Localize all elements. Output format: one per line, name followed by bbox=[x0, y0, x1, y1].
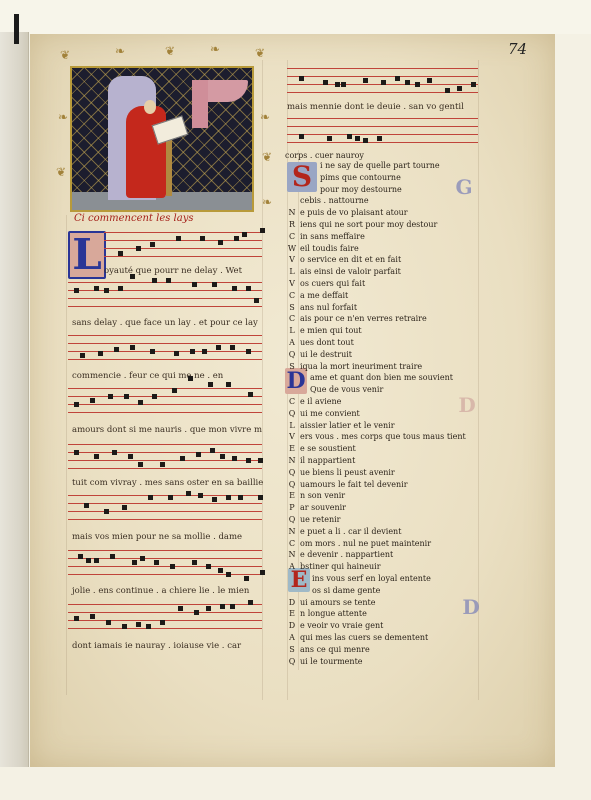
verse-line: ue retenir bbox=[300, 515, 340, 524]
verse-line: ans nul forfait bbox=[300, 303, 357, 312]
verse-line: ame et quant don bien me souvient bbox=[310, 373, 453, 382]
vine-ornament-icon: ❦ bbox=[262, 150, 272, 164]
show-through-initial: D bbox=[462, 596, 480, 618]
verse-line: ui me convient bbox=[300, 409, 360, 418]
verse-line: ue biens li peust avenir bbox=[300, 468, 395, 477]
vine-ornament-icon: ❧ bbox=[58, 110, 68, 124]
verse-line: n longue attente bbox=[300, 609, 367, 618]
music-staff bbox=[68, 335, 262, 367]
verse-line: e puis de vo plaisant atour bbox=[300, 208, 408, 217]
facing-page-edge bbox=[0, 32, 29, 767]
verse-line: ais pour ce n'en verres retraire bbox=[300, 314, 427, 323]
music-staff bbox=[287, 68, 478, 100]
music-staff bbox=[68, 444, 262, 476]
verse-capital: C bbox=[287, 314, 297, 323]
verse-capital: A bbox=[287, 562, 297, 571]
verse-line: pour moy destourne bbox=[320, 185, 402, 194]
verse-line: il nappartient bbox=[300, 456, 355, 465]
verse-line: os si dame gente bbox=[312, 586, 380, 595]
verse-line: e devenir . nappartient bbox=[300, 550, 393, 559]
lyric-line: jolie . ens continue . a chiere lie . le… bbox=[72, 586, 249, 596]
verse-line: ui amours se tente bbox=[300, 598, 375, 607]
verse-line: pims que contourne bbox=[320, 173, 401, 182]
verse-line: os cuers qui fait bbox=[300, 279, 365, 288]
verse-capital: S bbox=[287, 645, 297, 654]
lyric-line: tuit com vivray . mes sans oster en sa b… bbox=[72, 478, 263, 488]
vine-ornament-icon: ❧ bbox=[262, 195, 272, 209]
music-staff bbox=[68, 388, 262, 420]
verse-line: a me deffait bbox=[300, 291, 348, 300]
verse-capital: A bbox=[287, 633, 297, 642]
vine-ornament-icon: ❧ bbox=[115, 44, 125, 58]
verse-capital: C bbox=[287, 397, 297, 406]
verse-capital: C bbox=[287, 539, 297, 548]
verse-capital: L bbox=[287, 326, 297, 335]
verse-line: e veoir vo vraie gent bbox=[300, 621, 383, 630]
verse-capital: V bbox=[287, 432, 297, 441]
verse-capital: W bbox=[287, 244, 297, 253]
decorated-initial-E: E bbox=[288, 568, 310, 592]
verse-capital: D bbox=[287, 598, 297, 607]
verse-line: corps . cuer nauroy bbox=[285, 151, 364, 160]
lyric-line: amours dont si me nauris . que mon vivre… bbox=[72, 425, 262, 435]
music-staff bbox=[287, 118, 478, 150]
miniature-curtain-fold bbox=[192, 80, 208, 128]
verse-capital: L bbox=[287, 267, 297, 276]
verse-capital: N bbox=[287, 208, 297, 217]
illuminated-miniature bbox=[70, 66, 254, 212]
ruling-line bbox=[66, 215, 67, 695]
verse-capital: C bbox=[287, 232, 297, 241]
verse-line: bstiner qui haineuir bbox=[300, 562, 381, 571]
verse-line: aissier latier et le venir bbox=[300, 421, 395, 430]
verse-line: ui le tourmente bbox=[300, 657, 363, 666]
vine-ornament-icon: ❦ bbox=[255, 46, 265, 60]
verse-capital: A bbox=[287, 338, 297, 347]
verse-capital: N bbox=[287, 550, 297, 559]
show-through-initial: D bbox=[458, 394, 476, 416]
verse-capital: N bbox=[287, 456, 297, 465]
verse-line: uamours le fait tel devenir bbox=[300, 480, 408, 489]
music-staff bbox=[68, 604, 262, 636]
verse-line: e mien qui tout bbox=[300, 326, 362, 335]
verse-line: e puet a li . car il devient bbox=[300, 527, 401, 536]
verse-capital: C bbox=[287, 291, 297, 300]
vine-ornament-icon: ❦ bbox=[60, 48, 70, 62]
lyric-line: dont iamais ie nauray . ioiause vie . ca… bbox=[72, 641, 241, 651]
verse-capital: P bbox=[287, 503, 297, 512]
lyric-line: oyauté que pourr ne delay . Wet bbox=[104, 266, 242, 276]
verse-line: ins vous serf en loyal entente bbox=[312, 574, 431, 583]
lyric-line: commencie . feur ce qui me ne . en bbox=[72, 371, 223, 381]
verse-capital: R bbox=[287, 220, 297, 229]
verse-line: o service en dit et en fait bbox=[300, 255, 401, 264]
verse-capital: E bbox=[287, 609, 297, 618]
music-staff bbox=[68, 282, 262, 314]
decorated-initial-L: L bbox=[68, 231, 106, 279]
decorated-initial-D: D bbox=[285, 368, 307, 394]
verse-line: cebis . nattourne bbox=[300, 196, 369, 205]
verse-line: iqua la mort ineuriment traire bbox=[300, 362, 422, 371]
verse-capital: Q bbox=[287, 350, 297, 359]
miniature-figure bbox=[126, 106, 166, 198]
vine-ornament-icon: ❧ bbox=[260, 110, 270, 124]
verse-line: ans ce qui menre bbox=[300, 645, 370, 654]
verse-capital: Q bbox=[287, 468, 297, 477]
verse-line: iens qui ne sort pour moy destour bbox=[300, 220, 437, 229]
music-staff bbox=[104, 232, 262, 264]
verse-capital: E bbox=[287, 444, 297, 453]
verse-line: in sans meffaire bbox=[300, 232, 365, 241]
verse-line: e se soustient bbox=[300, 444, 356, 453]
decorated-initial-S: S bbox=[287, 162, 317, 192]
verse-line: ar souvenir bbox=[300, 503, 346, 512]
verse-line: e il aviene bbox=[300, 397, 341, 406]
lyric-line: mais mennie dont ie deuie . san vo genti… bbox=[287, 102, 464, 112]
verse-capital: D bbox=[287, 621, 297, 630]
verse-capital: V bbox=[287, 255, 297, 264]
verse-capital: L bbox=[287, 421, 297, 430]
verse-line: om mors . nul ne puet maintenir bbox=[300, 539, 431, 548]
music-staff bbox=[68, 550, 262, 582]
verse-capital: S bbox=[287, 303, 297, 312]
verse-line: qui mes las cuers se dementent bbox=[300, 633, 428, 642]
vine-ornament-icon: ❧ bbox=[210, 42, 220, 56]
verse-capital: Q bbox=[287, 657, 297, 666]
verse-line: Que de vous venir bbox=[310, 385, 383, 394]
verse-capital: Q bbox=[287, 409, 297, 418]
verse-line: eil toudis faire bbox=[300, 244, 359, 253]
verse-capital: Q bbox=[287, 515, 297, 524]
miniature-head bbox=[144, 100, 156, 114]
music-staff bbox=[68, 495, 262, 527]
show-through-initial: G bbox=[455, 176, 473, 198]
lyric-line: sans delay . que face un lay . et pour c… bbox=[72, 318, 258, 328]
miniature-lectern bbox=[166, 138, 172, 196]
verse-capital: E bbox=[287, 491, 297, 500]
vine-ornament-icon: ❦ bbox=[56, 165, 66, 179]
vine-ornament-icon: ❦ bbox=[165, 44, 175, 58]
rubric-heading: Ci commencent les lays bbox=[74, 213, 194, 224]
verse-capital: N bbox=[287, 527, 297, 536]
verse-line: ais einsi de valoir parfait bbox=[300, 267, 401, 276]
lyric-line: mais vos mien pour ne sa mollie . dame bbox=[72, 532, 242, 542]
verse-line: ui le destruit bbox=[300, 350, 352, 359]
verse-capital: Q bbox=[287, 480, 297, 489]
folio-number: 74 bbox=[508, 40, 527, 58]
verse-capital: V bbox=[287, 279, 297, 288]
bookmark-ribbon bbox=[14, 14, 19, 44]
verse-line: ues dont tout bbox=[300, 338, 354, 347]
verse-line: ers vous . mes corps que tous maus tient bbox=[300, 432, 466, 441]
viewer-top-band bbox=[0, 0, 591, 34]
verse-capital: S bbox=[287, 362, 297, 371]
verse-line: n son venir bbox=[300, 491, 345, 500]
verse-line: i ne say de quelle part tourne bbox=[320, 161, 440, 170]
